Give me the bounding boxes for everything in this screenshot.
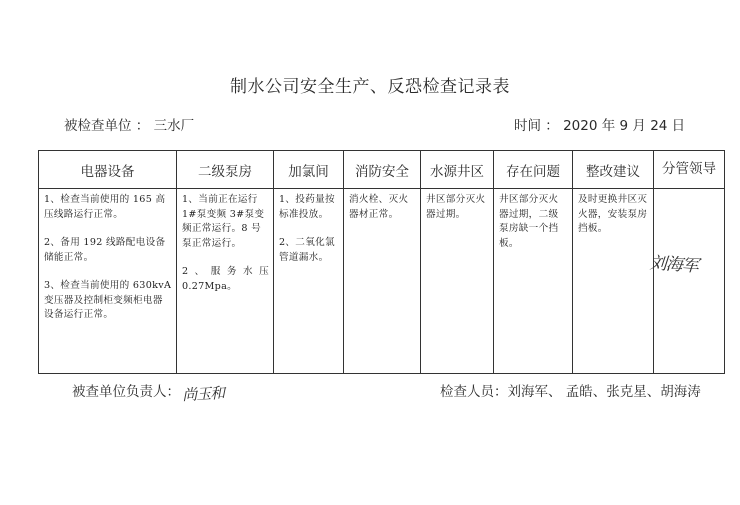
chlorine-item-1: 1、投药量按标准投放。 [279, 193, 339, 222]
header-pump-room: 二级泵房 [177, 151, 274, 189]
cell-leader [654, 189, 725, 374]
inspected-unit-value: 三水厂 [154, 118, 195, 134]
header-suggestions: 整改建议 [573, 151, 654, 189]
cell-well-area: 井区部分灭火器过期。 [421, 189, 494, 374]
fire-safety-item-1: 消火栓、灭火器材正常。 [349, 193, 416, 222]
leader-signature: 刘海军 [649, 248, 699, 276]
electrical-item-3: 3、检查当前使用的 630kvA 变压器及控制柜变频柜电器设备运行正常。 [44, 279, 172, 323]
electrical-item-1: 1、检查当前使用的 165 高压线路运行正常。 [44, 193, 172, 222]
inspectors-label: 检查人员： [440, 384, 508, 400]
inspectors-value: 刘海军、 孟皓、张克星、胡海涛 [508, 384, 701, 400]
well-area-item-1: 井区部分灭火器过期。 [426, 193, 489, 222]
pump-room-item-2: 2、服务水压 0.27Mpa。 [182, 265, 269, 294]
issues-item-1: 井区部分灭火器过期，二级泵房缺一个挡板。 [499, 193, 568, 251]
header-fire-safety: 消防安全 [344, 151, 421, 189]
inspected-unit-label: 被检查单位 ： [64, 118, 149, 134]
responsible-label: 被查单位负责人： [72, 384, 180, 400]
header-electrical: 电器设备 [39, 151, 177, 189]
header-leader: 分管领导 [654, 151, 725, 189]
inspected-unit: 被检查单位 ： 三水厂 [64, 114, 194, 134]
table-row: 1、检查当前使用的 165 高压线路运行正常。 2、备用 192 线路配电设备储… [39, 189, 725, 374]
inspection-record-table: 电器设备 二级泵房 加氯间 消防安全 水源井区 存在问题 整改建议 分管领导 1… [38, 150, 725, 374]
cell-electrical: 1、检查当前使用的 165 高压线路运行正常。 2、备用 192 线路配电设备储… [39, 189, 177, 374]
inspection-time-label: 时间 ： [514, 118, 559, 134]
pump-room-item-1: 1、当前正在运行 1#泵变频 3#泵变频正常运行。8 号泵正常运行。 [182, 193, 269, 251]
inspection-time-value: 2020 年 9 月 24 日 [563, 118, 685, 134]
document-title: 制水公司安全生产、反恐检查记录表 [0, 72, 740, 97]
cell-issues: 井区部分灭火器过期，二级泵房缺一个挡板。 [494, 189, 573, 374]
inspection-time: 时间 ： 2020 年 9 月 24 日 [514, 114, 685, 134]
cell-pump-room: 1、当前正在运行 1#泵变频 3#泵变频正常运行。8 号泵正常运行。 2、服务水… [177, 189, 274, 374]
chlorine-item-2: 2、二氧化氯管道漏水。 [279, 236, 339, 265]
responsible-person: 被查单位负责人：尚玉和 [72, 380, 224, 401]
header-chlorine-room: 加氯间 [274, 151, 344, 189]
table-header-row: 电器设备 二级泵房 加氯间 消防安全 水源井区 存在问题 整改建议 分管领导 [39, 151, 725, 189]
suggestions-item-1: 及时更换井区灭火器，安装泵房挡板。 [578, 193, 649, 237]
inspectors: 检查人员：刘海军、 孟皓、张克星、胡海涛 [440, 380, 701, 400]
responsible-signature: 尚玉和 [182, 382, 225, 405]
cell-chlorine-room: 1、投药量按标准投放。 2、二氧化氯管道漏水。 [274, 189, 344, 374]
header-well-area: 水源井区 [421, 151, 494, 189]
header-issues: 存在问题 [494, 151, 573, 189]
electrical-item-2: 2、备用 192 线路配电设备储能正常。 [44, 236, 172, 265]
cell-fire-safety: 消火栓、灭火器材正常。 [344, 189, 421, 374]
cell-suggestions: 及时更换井区灭火器，安装泵房挡板。 [573, 189, 654, 374]
